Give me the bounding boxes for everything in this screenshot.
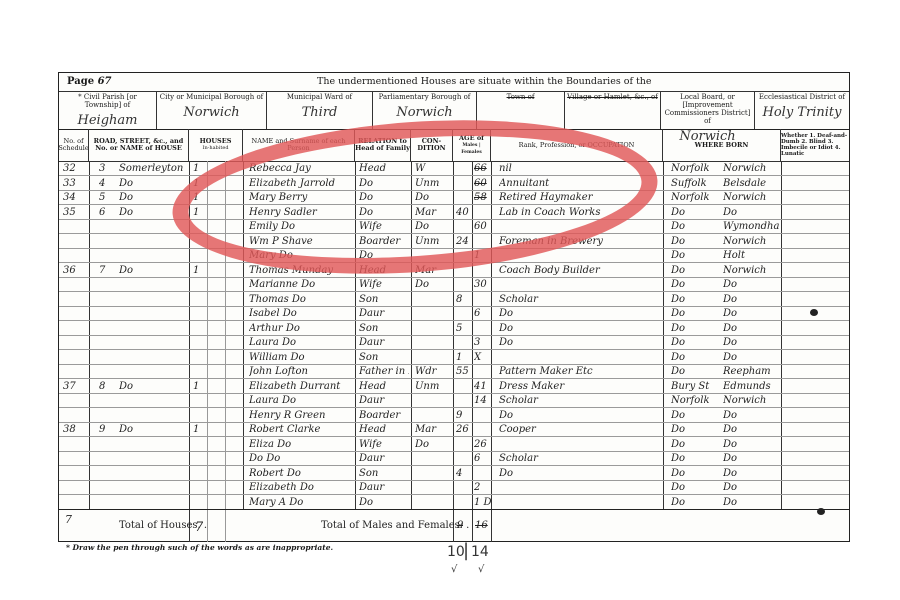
relation: Son [359,321,409,336]
schedule-number: 33 [63,176,87,191]
occupation: nil [499,161,661,176]
female-age: 30 [474,277,492,292]
inhabited-mark [193,234,205,249]
born-county: Do [671,306,721,321]
born-place: Do [723,205,779,220]
female-age: 6 [474,306,492,321]
table-row: 356Do1Henry SadlerDoMar40Lab in Coach Wo… [59,205,849,220]
born-place: Norwich [723,263,779,278]
relation: Do [359,176,409,191]
inhabited-mark [193,364,205,379]
born-county: Do [671,422,721,437]
relation: Do [359,248,409,263]
born-county: Do [671,277,721,292]
table-row: Do DoDaur6ScholarDoDo [59,451,849,466]
born-place: Do [723,292,779,307]
person-name: Wm P Shave [249,234,353,249]
relation: Daur [359,480,409,495]
occupation: Retired Haymaker [499,190,661,205]
table-row: Thomas DoSon8ScholarDoDo [59,292,849,307]
born-county: Do [671,205,721,220]
person-name: Mary Do [249,248,353,263]
table-row: Elizabeth DoDaur2DoDo [59,480,849,495]
inhabited-mark [193,248,205,263]
table-row: 323Somerleyton1Rebecca JayHeadW66nilNorf… [59,161,849,176]
female-age [474,205,492,220]
female-age: 1 Day [474,495,492,510]
road-name [119,292,189,307]
house-number: 4 [99,176,119,191]
born-place: Do [723,466,779,481]
male-age: 26 [456,422,472,437]
district-village: Village or Hamlet, &c., of [565,91,661,129]
occupation: Coach Body Builder [499,263,661,278]
relation: Do [359,205,409,220]
occupation [499,248,661,263]
occupation [499,350,661,365]
road-name [119,451,189,466]
condition [415,335,451,350]
born-county: Do [671,437,721,452]
table-row: Mary A DoDo1 DayDoDo [59,495,849,510]
born-county: Norfolk [671,393,721,408]
inhabited-mark [193,466,205,481]
female-age: 60 [474,219,492,234]
born-county: Do [671,335,721,350]
road-name: Do [119,379,189,394]
inhabited-mark [193,408,205,423]
male-age [456,277,472,292]
table-row: 367Do1Thomas MundayHeadMarCoach Body Bui… [59,263,849,278]
road-name [119,393,189,408]
condition [415,451,451,466]
occupation [499,277,661,292]
schedule-number [63,408,87,423]
schedule-number [63,277,87,292]
occupation [499,219,661,234]
condition [415,408,451,423]
person-name: Henry R Green [249,408,353,423]
inhabited-mark [193,292,205,307]
district-civil-parish: * Civil Parish [or Township] of Heigham [59,91,157,129]
male-age: 9 [456,408,472,423]
page-number: Page 67 [67,73,112,91]
table-row: 378Do1Elizabeth DurrantHeadUnm41Dress Ma… [59,379,849,394]
occupation: Dress Maker [499,379,661,394]
born-county: Do [671,234,721,249]
table-row: Henry R GreenBoarder9DoDoDo [59,408,849,423]
road-name [119,335,189,350]
pencil-females-total: 14 [471,544,489,560]
person-name: Elizabeth Do [249,480,353,495]
male-age [456,248,472,263]
occupation: Do [499,335,661,350]
male-age [456,379,472,394]
occupation [499,437,661,452]
occupation: Do [499,321,661,336]
born-county: Do [671,480,721,495]
inhabited-mark [193,321,205,336]
table-row: 334Do1Elizabeth JarroldDoUnm60AnnuitantS… [59,176,849,191]
district-city: City or Municipal Borough of Norwich [157,91,267,129]
born-place: Holt [723,248,779,263]
condition [415,495,451,510]
male-age [456,306,472,321]
relation: Do [359,190,409,205]
relation: Daur [359,393,409,408]
table-row: 389Do1Robert ClarkeHeadMar26CooperDoDo [59,422,849,437]
born-place: Norwich [723,234,779,249]
schedule-number: 32 [63,161,87,176]
house-number [99,451,119,466]
person-name: Isabel Do [249,306,353,321]
house-number: 6 [99,205,119,220]
house-number [99,350,119,365]
occupation: Annuitant [499,176,661,191]
born-county: Do [671,466,721,481]
male-age: 8 [456,292,472,307]
condition: Unm [415,379,451,394]
relation: Son [359,466,409,481]
occupation: Foreman in Brewery [499,234,661,249]
female-age [474,234,492,249]
born-county: Do [671,321,721,336]
condition: Do [415,277,451,292]
male-age [456,495,472,510]
ink-blot-icon [817,508,825,515]
house-number [99,335,119,350]
schedule-number: 34 [63,190,87,205]
road-name [119,321,189,336]
male-age: 55 [456,364,472,379]
male-age: 40 [456,205,472,220]
person-name: Laura Do [249,335,353,350]
person-name: Henry Sadler [249,205,353,220]
person-name: Emily Do [249,219,353,234]
relation: Wife [359,219,409,234]
condition: Unm [415,176,451,191]
person-name: Thomas Do [249,292,353,307]
inhabited-mark: 1 [193,205,205,220]
condition [415,466,451,481]
inhabited-mark [193,306,205,321]
inhabited-mark [193,219,205,234]
road-name: Do [119,263,189,278]
condition [415,306,451,321]
census-enumeration-page: Page 67 The undermentioned Houses are si… [58,72,850,542]
relation: Head [359,161,409,176]
house-number [99,480,119,495]
born-place: Reepham [723,364,779,379]
female-age: 66 [474,161,492,176]
schedule-number: 37 [63,379,87,394]
male-age: 5 [456,321,472,336]
col-road: ROAD, STREET, &c., and No. or NAME of HO… [89,129,189,161]
born-county: Do [671,408,721,423]
boundary-title: The undermentioned Houses are situate wi… [317,73,652,91]
occupation: Do [499,306,661,321]
house-number [99,234,119,249]
male-age [456,263,472,278]
schedule-number [63,495,87,510]
relation: Daur [359,451,409,466]
house-number [99,495,119,510]
table-row: Isabel DoDaur6DoDoDo [59,306,849,321]
condition: Unm [415,234,451,249]
house-number: 5 [99,190,119,205]
relation: Daur [359,306,409,321]
table-row: Laura DoDaur14ScholarNorfolkNorwich [59,393,849,408]
house-number [99,437,119,452]
census-rows: 323Somerleyton1Rebecca JayHeadW66nilNorf… [59,161,849,509]
male-age [456,393,472,408]
table-row: 345Do1Mary BerryDoDo58Retired HaymakerNo… [59,190,849,205]
col-name: NAME and Surname of each Person [243,129,355,161]
house-number [99,364,119,379]
pencil-separator: | [463,540,469,561]
schedule-number [63,306,87,321]
born-county: Do [671,495,721,510]
schedule-number [63,292,87,307]
check-mark-icon: √ [478,564,484,575]
male-age: 4 [456,466,472,481]
male-age: 1 [456,350,472,365]
house-number: 8 [99,379,119,394]
relation: Head [359,263,409,278]
person-name: Robert Clarke [249,422,353,437]
col-relation: RELATION to Head of Family [355,129,411,161]
divider [207,510,208,542]
col-occupation: Rank, Profession, or OCCUPATION [491,129,663,161]
schedule-number: 35 [63,205,87,220]
schedule-number [63,466,87,481]
relation: Father in Law [359,364,409,379]
table-row: Robert DoSon4DoDoDo [59,466,849,481]
born-place: Norwich [723,161,779,176]
divider [472,510,473,542]
house-number [99,321,119,336]
condition: Mar [415,422,451,437]
male-age [456,161,472,176]
table-row: Arthur DoSon5DoDoDo [59,321,849,336]
road-name: Do [119,190,189,205]
col-houses: HOUSES In-habited [189,129,243,161]
table-row: Mary DoDo1DoHolt [59,248,849,263]
total-houses-label: Total of Houses. . [119,518,207,533]
person-name: Mary A Do [249,495,353,510]
condition: Do [415,190,451,205]
born-place: Do [723,321,779,336]
road-name [119,408,189,423]
occupation: Scholar [499,393,661,408]
inhabited-mark: 1 [193,379,205,394]
condition [415,480,451,495]
col-age: AGE of Males | Females [453,129,491,161]
female-age [474,263,492,278]
district-town: Town of [477,91,565,129]
person-name: Mary Berry [249,190,353,205]
house-number [99,219,119,234]
relation: Boarder [359,408,409,423]
born-county: Norfolk [671,190,721,205]
road-name [119,466,189,481]
male-age [456,437,472,452]
female-age [474,292,492,307]
born-county: Do [671,263,721,278]
born-place: Belsdale [723,176,779,191]
inhabited-mark: 1 [193,190,205,205]
relation: Wife [359,277,409,292]
born-place: Do [723,422,779,437]
born-county: Norfolk [671,161,721,176]
condition: Mar [415,205,451,220]
born-county: Do [671,364,721,379]
road-name: Somerleyton [119,161,189,176]
condition [415,248,451,263]
born-place: Norwich [723,393,779,408]
relation: Head [359,422,409,437]
table-row: Wm P ShaveBoarderUnm24Foreman in Brewery… [59,234,849,249]
page-header: Page 67 The undermentioned Houses are si… [59,73,849,92]
road-name: Do [119,176,189,191]
female-age: 1 [474,248,492,263]
born-place: Wymondham [723,219,779,234]
schedule-number [63,335,87,350]
relation: Head [359,379,409,394]
inhabited-mark [193,350,205,365]
house-number: 7 [99,263,119,278]
occupation [499,495,661,510]
total-males: 9 [457,518,463,533]
schedule-number [63,219,87,234]
female-age: 3 [474,335,492,350]
col-schedule: No. of Schedule [59,129,89,161]
person-name: Do Do [249,451,353,466]
schedule-number [63,321,87,336]
house-number [99,277,119,292]
schedule-number [63,480,87,495]
column-headers: No. of Schedule ROAD, STREET, &c., and N… [59,129,849,162]
born-county: Do [671,219,721,234]
schedule-number: 36 [63,263,87,278]
born-county: Do [671,451,721,466]
house-number [99,292,119,307]
table-row: William DoSon1XDoDo [59,350,849,365]
female-age: 41 [474,379,492,394]
house-number [99,393,119,408]
born-place: Do [723,451,779,466]
inhabited-mark [193,451,205,466]
table-row: John LoftonFather in LawWdr55Pattern Mak… [59,364,849,379]
road-name [119,364,189,379]
born-place: Do [723,408,779,423]
total-houses-value: 7 [195,520,203,535]
road-name [119,350,189,365]
totals-footer: 7 Total of Houses. . 7 Total of Males an… [59,509,849,542]
born-county: Bury St [671,379,721,394]
schedule-number [63,393,87,408]
inhabited-mark: 1 [193,263,205,278]
district-local-board: Local Board, or [Improvement Commissione… [661,91,755,129]
relation: Boarder [359,234,409,249]
male-age [456,480,472,495]
female-age: 2 [474,480,492,495]
relation: Do [359,495,409,510]
person-name: William Do [249,350,353,365]
schedule-number: 38 [63,422,87,437]
inhabited-mark [193,437,205,452]
inhabited-mark: 1 [193,422,205,437]
house-number [99,466,119,481]
male-age [456,219,472,234]
inhabited-mark [193,393,205,408]
person-name: Arthur Do [249,321,353,336]
ink-blot-icon [810,309,818,316]
born-county: Do [671,350,721,365]
condition: Do [415,437,451,452]
born-place: Norwich [723,190,779,205]
schedule-number [63,451,87,466]
male-age [456,451,472,466]
born-place: Do [723,306,779,321]
person-name: Robert Do [249,466,353,481]
occupation: Pattern Maker Etc [499,364,661,379]
person-name: Marianne Do [249,277,353,292]
relation: Wife [359,437,409,452]
house-number [99,306,119,321]
check-mark-icon: √ [451,564,457,575]
road-name [119,248,189,263]
col-where-born: WHERE BORN [663,129,781,161]
person-name: Eliza Do [249,437,353,452]
female-age: 60 [474,176,492,191]
female-age [474,321,492,336]
schedule-number [63,248,87,263]
male-age [456,335,472,350]
house-number [99,408,119,423]
house-number: 9 [99,422,119,437]
occupation: Cooper [499,422,661,437]
female-age: X [474,350,492,365]
inhabited-mark [193,480,205,495]
female-age: 6 [474,451,492,466]
condition [415,321,451,336]
born-place: Do [723,495,779,510]
occupation: Scholar [499,292,661,307]
born-place: Do [723,437,779,452]
table-row: Emily DoWifeDo60DoWymondham [59,219,849,234]
person-name: Thomas Munday [249,263,353,278]
district-parliamentary: Parliamentary Borough of Norwich [373,91,477,129]
table-row: Eliza DoWifeDo26DoDo [59,437,849,452]
inhabited-mark [193,335,205,350]
road-name [119,495,189,510]
district-ecclesiastical: Ecclesiastical District of Holy Trinity [755,91,849,129]
born-place: Do [723,277,779,292]
road-name [119,480,189,495]
page-number-value: 67 [98,76,112,87]
person-name: Laura Do [249,393,353,408]
divider [225,510,226,542]
schedule-number [63,437,87,452]
road-name [119,234,189,249]
born-place: Edmunds [723,379,779,394]
condition [415,292,451,307]
table-row: Marianne DoWifeDo30DoDo [59,277,849,292]
road-name: Do [119,422,189,437]
condition: Do [415,219,451,234]
male-age: 24 [456,234,472,249]
